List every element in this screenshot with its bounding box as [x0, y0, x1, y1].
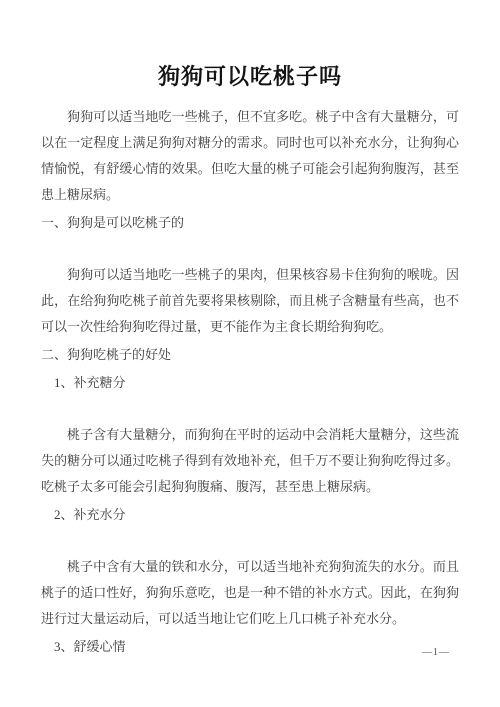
page-number: —1— [422, 646, 450, 660]
subsection-heading-2: 2、补充水分 [41, 502, 459, 528]
document-content: 狗狗可以吃桃子吗 狗狗可以适当地吃一些桃子，但不宜多吃。桃子中含有大量糖分，可以… [0, 0, 500, 660]
blank-line [41, 236, 459, 262]
subsection-heading-3: 3、舒缓心情 [41, 634, 459, 660]
section-1-paragraph: 狗狗可以适当地吃一些桃子的果肉，但果核容易卡住狗狗的喉咙。因此，在给狗狗吃桃子前… [41, 262, 459, 340]
subsection-heading-1: 1、补充糖分 [41, 370, 459, 396]
section-heading-1: 一、狗狗是可以吃桃子的 [41, 210, 459, 236]
blank-line [41, 396, 459, 422]
subsection-2-paragraph: 桃子中含有大量的铁和水分，可以适当地补充狗狗流失的水分。而且桃子的适口性好，狗狗… [41, 554, 459, 632]
section-heading-2: 二、狗狗吃桃子的好处 [41, 342, 459, 368]
subsection-1-paragraph: 桃子含有大量糖分，而狗狗在平时的运动中会消耗大量糖分，这些流失的糖分可以通过吃桃… [41, 422, 459, 500]
blank-line [41, 528, 459, 554]
document-title: 狗狗可以吃桃子吗 [41, 60, 459, 94]
intro-paragraph: 狗狗可以适当地吃一些桃子，但不宜多吃。桃子中含有大量糖分，可以在一定程度上满足狗… [41, 104, 459, 208]
document-page: 狗狗可以吃桃子吗 狗狗可以适当地吃一些桃子，但不宜多吃。桃子中含有大量糖分，可以… [0, 0, 500, 707]
